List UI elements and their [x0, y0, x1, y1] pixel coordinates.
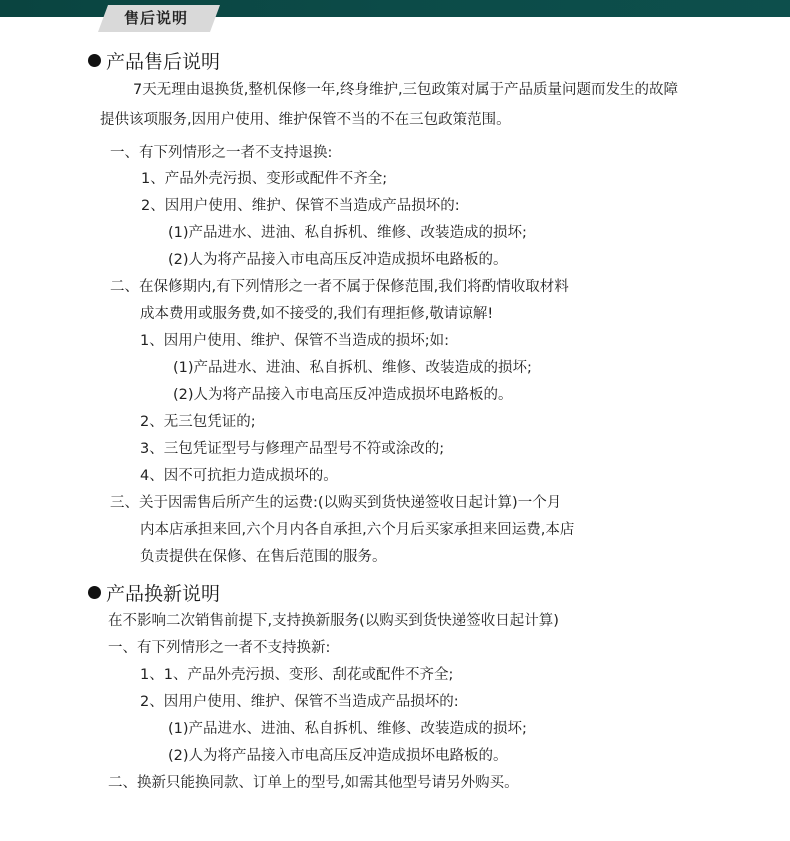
exchange-section1-subitem: (1)产品进水、进油、私自拆机、维修、改装造成的损坏;: [168, 719, 527, 739]
section1-subitem: (1)产品进水、进油、私自拆机、维修、改装造成的损坏;: [168, 223, 527, 243]
exchange-intro: 在不影响二次销售前提下,支持换新服务(以购买到货快递签收日起计算): [108, 611, 559, 631]
section2-item: 1、因用户使用、维护、保管不当造成的损坏;如:: [140, 331, 449, 351]
section2-heading: 二、在保修期内,有下列情形之一者不属于保修范围,我们将酌情收取材料: [110, 277, 569, 297]
section2-subitem: (1)产品进水、进油、私自拆机、维修、改装造成的损坏;: [173, 358, 532, 378]
section2-item: 3、三包凭证型号与修理产品型号不符或涂改的;: [140, 439, 444, 459]
section1-item: 1、产品外壳污损、变形或配件不齐全;: [141, 169, 387, 189]
section3-line: 三、关于因需售后所产生的运费:(以购买到货快递签收日起计算)一个月: [110, 493, 561, 513]
section3-line: 负责提供在保修、在售后范围的服务。: [140, 547, 387, 567]
bullet-icon: [88, 586, 101, 599]
section2-item: 2、无三包凭证的;: [140, 412, 256, 432]
exchange-section1-heading: 一、有下列情形之一者不支持换新:: [108, 638, 330, 658]
exchange-section1-subitem: (2)人为将产品接入市电高压反冲造成损坏电路板的。: [168, 746, 508, 766]
exchange-section2-heading: 二、换新只能换同款、订单上的型号,如需其他型号请另外购买。: [108, 773, 519, 793]
after-sales-intro-line-2: 提供该项服务,因用户使用、维护保管不当的不在三包政策范围。: [100, 110, 511, 130]
after-sales-intro-line-1: 7天无理由退换货,整机保修一年,终身维护,三包政策对属于产品质量问题而发生的故障: [133, 80, 678, 100]
exchange-section1-item: 2、因用户使用、维护、保管不当造成产品损坏的:: [140, 692, 459, 712]
section1-heading: 一、有下列情形之一者不支持退换:: [110, 143, 332, 163]
section-tab-label: 售后说明: [124, 8, 188, 28]
bullet-icon: [88, 54, 101, 67]
exchange-title: 产品换新说明: [88, 582, 220, 606]
section3-line: 内本店承担来回,六个月内各自承担,六个月后买家承担来回运费,本店: [140, 520, 574, 540]
exchange-section1-item: 1、1、产品外壳污损、变形、刮花或配件不齐全;: [140, 665, 453, 685]
section2-heading-cont: 成本费用或服务费,如不接受的,我们有理拒修,敬请谅解!: [140, 304, 493, 324]
section1-item: 2、因用户使用、维护、保管不当造成产品损坏的:: [141, 196, 460, 216]
section1-subitem: (2)人为将产品接入市电高压反冲造成损坏电路板的。: [168, 250, 508, 270]
section2-subitem: (2)人为将产品接入市电高压反冲造成损坏电路板的。: [173, 385, 513, 405]
after-sales-title: 产品售后说明: [88, 50, 220, 74]
section2-item: 4、因不可抗拒力造成损坏的。: [140, 466, 338, 486]
